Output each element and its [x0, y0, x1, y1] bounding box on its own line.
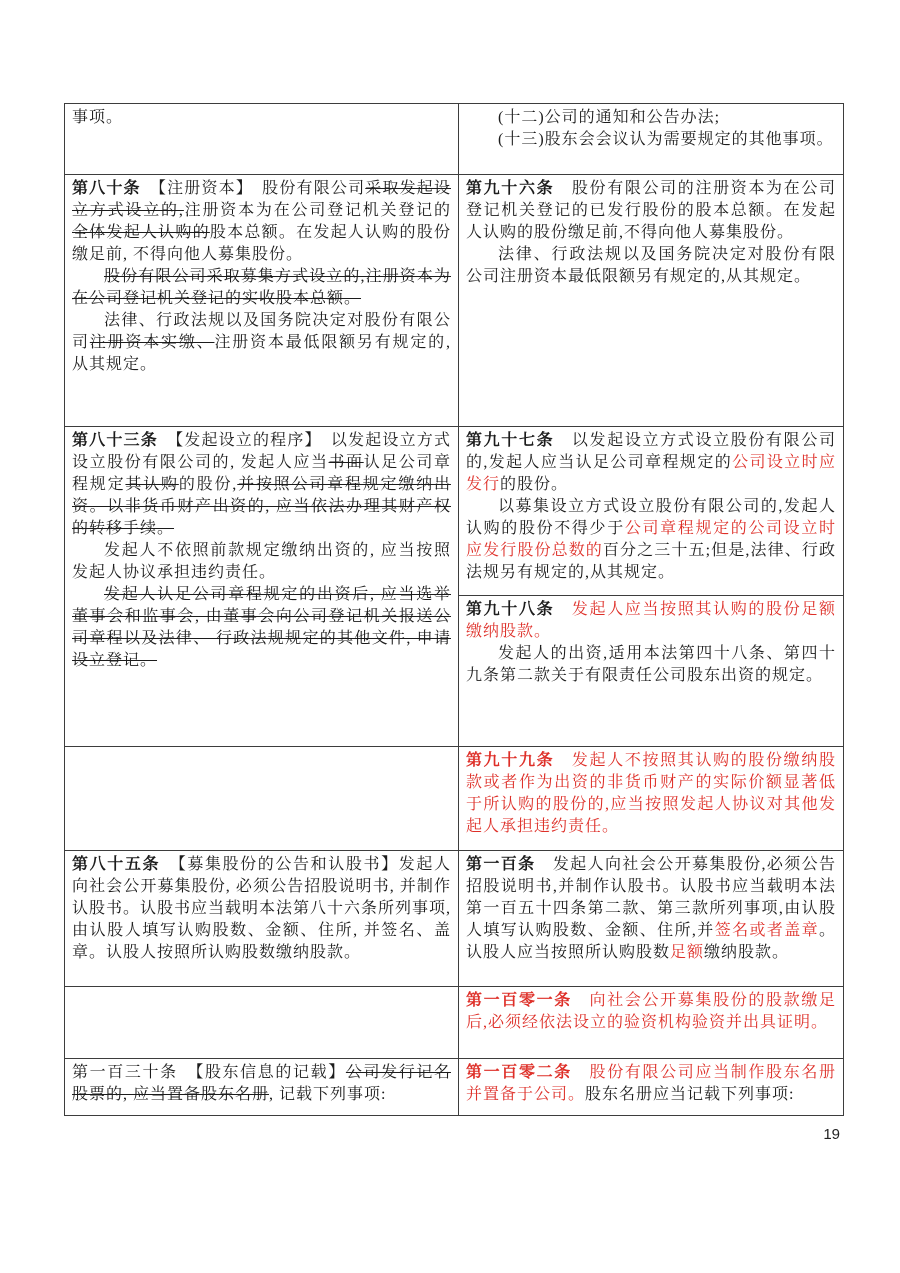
text-segment: (十三)股东会会议认为需要规定的其他事项。	[498, 131, 834, 148]
text-segment: 签名或者盖章	[715, 922, 819, 939]
cell-old-article-85: 第八十五条 【募集股份的公告和认股书】发起人向社会公开募集股份, 必须公告招股说…	[65, 851, 459, 987]
text-segment: 的股份,	[179, 476, 237, 493]
paragraph: 第八十五条 【募集股份的公告和认股书】发起人向社会公开募集股份, 必须公告招股说…	[72, 854, 451, 964]
text-segment: 发起人认足公司章程规定的出资后, 应当选举董事会和监事会, 由董事会向公司登记机…	[72, 586, 451, 669]
paragraph: 发起人的出资,适用本法第四十八条、第四十九条第二款关于有限责任公司股东出资的规定…	[466, 643, 836, 687]
text-segment: 【注册资本】 股份有限公司	[141, 180, 366, 197]
table-row: 第一百零一条 向社会公开募集股份的股款缴足后,必须经依法设立的验资机构验资并出具…	[65, 987, 843, 1059]
paragraph: (十二)公司的通知和公告办法;	[466, 107, 836, 129]
text-segment	[572, 992, 590, 1009]
cell-new-article-98: 第九十八条 发起人应当按照其认购的股份足额缴纳股款。发起人的出资,适用本法第四十…	[459, 596, 843, 746]
text-segment: 发起人的出资,适用本法第四十八条、第四十九条第二款关于有限责任公司股东出资的规定…	[466, 645, 836, 684]
text-segment: 第一百三十条 【股东信息的记载】	[72, 1064, 346, 1081]
table-row: 第八十三条 【发起设立的程序】 以发起设立方式设立股份有限公司的, 发起人应当书…	[65, 427, 843, 747]
paragraph: 法律、行政法规以及国务院决定对股份有限公司注册资本实缴、注册资本最低限额另有规定…	[72, 310, 451, 376]
text-segment: 书面	[329, 454, 364, 471]
cell-new-article-99: 第九十九条 发起人不按照其认购的股份缴纳股款或者作为出资的非货币财产的实际价额显…	[459, 747, 843, 851]
right-subcolumn: 第九十七条 以发起设立方式设立股份有限公司的,发起人应当认足公司章程规定的公司设…	[459, 427, 843, 746]
table-row: 事项。 (十二)公司的通知和公告办法;(十三)股东会会议认为需要规定的其他事项。	[65, 104, 843, 175]
text-segment: 全体发起人认购的	[72, 224, 210, 241]
cell-old-empty	[65, 987, 459, 1059]
cell-new-intro: (十二)公司的通知和公告办法;(十三)股东会会议认为需要规定的其他事项。	[459, 104, 843, 175]
text-segment: 第八十条	[72, 180, 141, 197]
text-segment	[572, 1064, 590, 1081]
table-row: 第八十五条 【募集股份的公告和认股书】发起人向社会公开募集股份, 必须公告招股说…	[65, 851, 843, 987]
text-segment: 缴纳股款。	[704, 944, 789, 961]
paragraph: 第一百零一条 向社会公开募集股份的股款缴足后,必须经依法设立的验资机构验资并出具…	[466, 990, 836, 1034]
cell-new-article-96: 第九十六条 股份有限公司的注册资本为在公司登记机关登记的已发行股份的股本总额。在…	[459, 175, 843, 427]
cell-new-article-101: 第一百零一条 向社会公开募集股份的股款缴足后,必须经依法设立的验资机构验资并出具…	[459, 987, 843, 1059]
text-segment: 第八十三条	[72, 432, 158, 449]
text-segment: 股份有限公司采取募集方式设立的,注册资本为在公司登记机关登记的实收股本总额。	[72, 268, 451, 307]
text-segment: 法律、行政法规以及国务院决定对股份有限公司注册资本最低限额另有规定的,从其规定。	[466, 246, 836, 285]
text-segment: 股东名册应当记载下列事项:	[585, 1086, 794, 1103]
cell-new-article-100: 第一百条 发起人向社会公开募集股份,必须公告招股说明书,并制作认股书。认股书应当…	[459, 851, 843, 987]
cell-old-article-80: 第八十条 【注册资本】 股份有限公司采取发起设立方式设立的,注册资本为在公司登记…	[65, 175, 459, 427]
paragraph: 第八十条 【注册资本】 股份有限公司采取发起设立方式设立的,注册资本为在公司登记…	[72, 178, 451, 266]
cell-old-empty	[65, 747, 459, 851]
table-row: 第八十条 【注册资本】 股份有限公司采取发起设立方式设立的,注册资本为在公司登记…	[65, 175, 843, 427]
text-segment: 第九十七条	[466, 432, 554, 449]
cell-old-article-130: 第一百三十条 【股东信息的记载】公司发行记名股票的, 应当置备股东名册, 记载下…	[65, 1059, 459, 1115]
text-segment: 注册资本为在公司登记机关登记的	[184, 202, 451, 219]
text-segment: 注册资本实缴、	[90, 334, 215, 351]
table-row: 第一百三十条 【股东信息的记载】公司发行记名股票的, 应当置备股东名册, 记载下…	[65, 1059, 843, 1115]
paragraph: 第一百零二条 股份有限公司应当制作股东名册并置备于公司。股东名册应当记载下列事项…	[466, 1062, 836, 1106]
cell-new-article-102: 第一百零二条 股份有限公司应当制作股东名册并置备于公司。股东名册应当记载下列事项…	[459, 1059, 843, 1115]
text-segment: 第一百条	[466, 856, 536, 873]
paragraph: 发起人不依照前款规定缴纳出资的, 应当按照发起人协议承担违约责任。	[72, 540, 451, 584]
paragraph: 第九十八条 发起人应当按照其认购的股份足额缴纳股款。	[466, 599, 836, 643]
text-segment: 的股份。	[500, 476, 568, 493]
cell-old-intro: 事项。	[65, 104, 459, 175]
paragraph: 事项。	[72, 107, 451, 129]
paragraph: 第九十七条 以发起设立方式设立股份有限公司的,发起人应当认足公司章程规定的公司设…	[466, 430, 836, 496]
text-segment: , 记载下列事项:	[269, 1086, 386, 1103]
paragraph: 第八十三条 【发起设立的程序】 以发起设立方式设立股份有限公司的, 发起人应当书…	[72, 430, 451, 540]
text-segment: 事项。	[72, 109, 123, 126]
text-segment: 第一百零二条	[466, 1064, 572, 1081]
text-segment: (十二)公司的通知和公告办法;	[498, 109, 720, 126]
paragraph: 法律、行政法规以及国务院决定对股份有限公司注册资本最低限额另有规定的,从其规定。	[466, 244, 836, 288]
table-row: 第九十九条 发起人不按照其认购的股份缴纳股款或者作为出资的非货币财产的实际价额显…	[65, 747, 843, 851]
text-segment: 第八十五条	[72, 856, 160, 873]
text-segment	[554, 601, 572, 618]
paragraph: 第一百三十条 【股东信息的记载】公司发行记名股票的, 应当置备股东名册, 记载下…	[72, 1062, 451, 1106]
text-segment: 其认购	[125, 476, 178, 493]
text-segment: 足额	[670, 944, 704, 961]
paragraph: (十三)股东会会议认为需要规定的其他事项。	[466, 129, 836, 151]
text-segment: 第九十八条	[466, 601, 554, 618]
paragraph: 第九十九条 发起人不按照其认购的股份缴纳股款或者作为出资的非货币财产的实际价额显…	[466, 750, 836, 838]
text-segment: 第一百零一条	[466, 992, 572, 1009]
text-segment: 发起人不依照前款规定缴纳出资的, 应当按照发起人协议承担违约责任。	[72, 542, 451, 581]
text-segment: 第九十九条	[466, 752, 554, 769]
text-segment	[554, 752, 572, 769]
page-number: 19	[823, 1126, 840, 1143]
paragraph: 以募集设立方式设立股份有限公司的,发起人认购的股份不得少于公司章程规定的公司设立…	[466, 496, 836, 584]
cell-old-article-83: 第八十三条 【发起设立的程序】 以发起设立方式设立股份有限公司的, 发起人应当书…	[65, 427, 459, 747]
text-segment: 第九十六条	[466, 180, 554, 197]
law-comparison-table: 事项。 (十二)公司的通知和公告办法;(十三)股东会会议认为需要规定的其他事项。…	[64, 103, 844, 1116]
cell-new-article-97: 第九十七条 以发起设立方式设立股份有限公司的,发起人应当认足公司章程规定的公司设…	[459, 427, 843, 596]
paragraph: 第一百条 发起人向社会公开募集股份,必须公告招股说明书,并制作认股书。认股书应当…	[466, 854, 836, 964]
paragraph: 发起人认足公司章程规定的出资后, 应当选举董事会和监事会, 由董事会向公司登记机…	[72, 584, 451, 672]
paragraph: 第九十六条 股份有限公司的注册资本为在公司登记机关登记的已发行股份的股本总额。在…	[466, 178, 836, 244]
paragraph: 股份有限公司采取募集方式设立的,注册资本为在公司登记机关登记的实收股本总额。	[72, 266, 451, 310]
document-page: 事项。 (十二)公司的通知和公告办法;(十三)股东会会议认为需要规定的其他事项。…	[0, 0, 900, 1273]
